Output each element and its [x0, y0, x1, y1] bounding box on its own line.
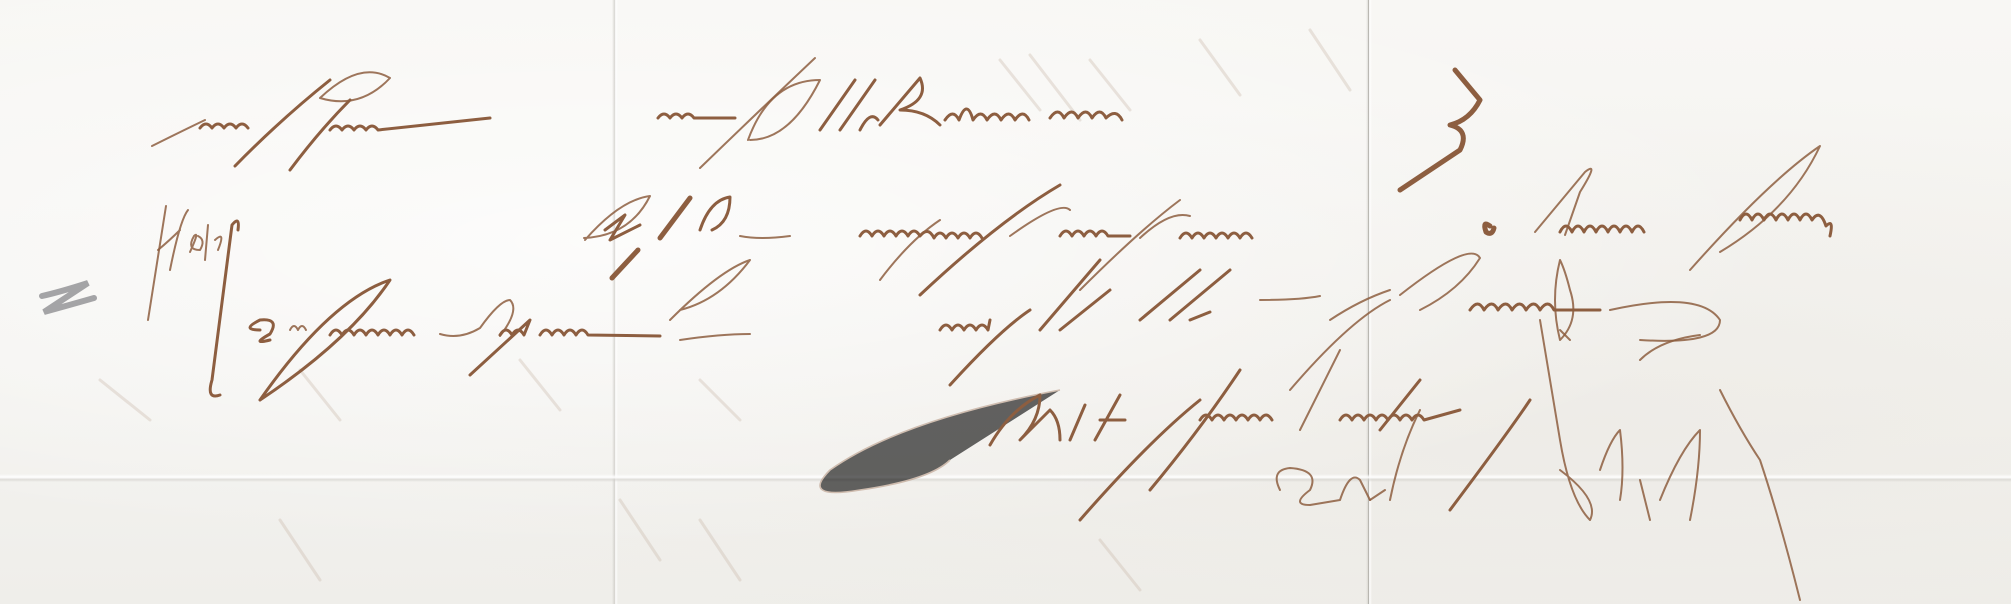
handwriting-layer — [0, 0, 2011, 604]
handwriting-line-3 — [250, 254, 1720, 400]
handwriting-line-2 — [584, 146, 1831, 295]
handwriting-line-1 — [152, 58, 1480, 190]
signature — [1277, 260, 1800, 600]
handwriting-line-4 — [820, 350, 1530, 520]
pencil-mark — [42, 283, 94, 312]
margin-note — [148, 206, 238, 396]
